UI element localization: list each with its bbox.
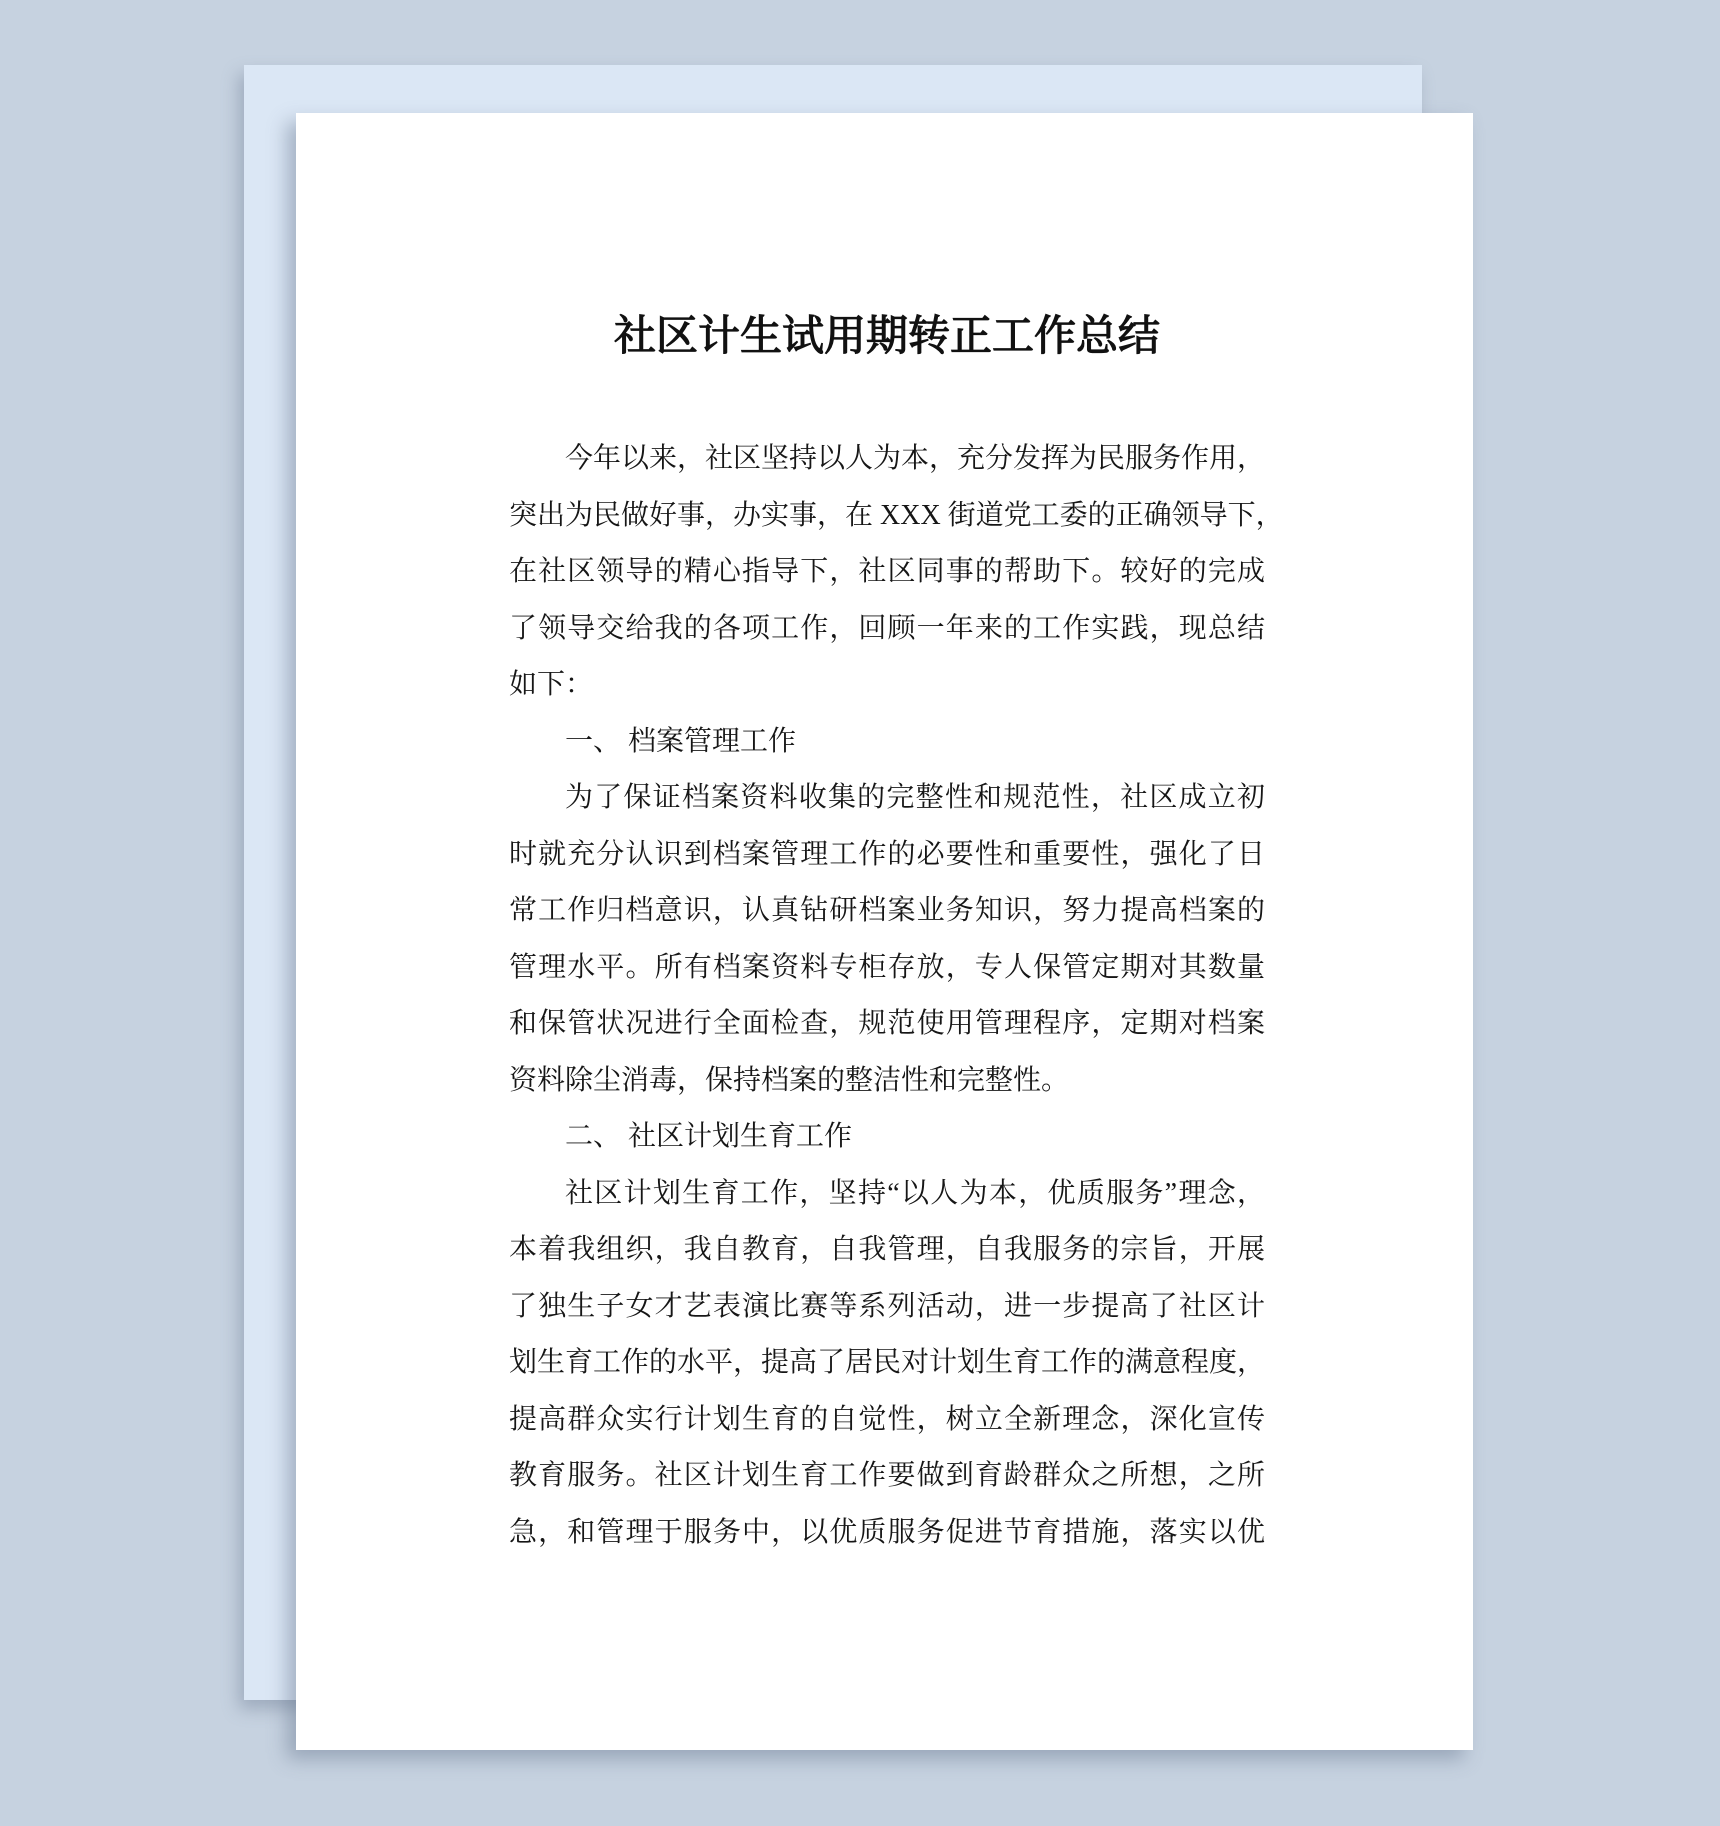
document-text-line: 资料除尘消毒，保持档案的整洁性和完整性。	[509, 1053, 1265, 1110]
document-text-line: 划生育工作的水平，提高了居民对计划生育工作的满意程度，	[509, 1335, 1265, 1392]
document-text-line: 一、 档案管理工作	[509, 714, 1265, 771]
document-page: 社区计生试用期转正工作总结 今年以来，社区坚持以人为本，充分发挥为民服务作用，突…	[296, 113, 1473, 1750]
document-text-line: 管理水平。所有档案资料专柜存放，专人保管定期对其数量	[509, 940, 1265, 997]
document-text-line: 二、 社区计划生育工作	[509, 1109, 1265, 1166]
document-text-line: 了独生子女才艺表演比赛等系列活动，进一步提高了社区计	[509, 1279, 1265, 1336]
document-text-line: 突出为民做好事，办实事，在 XXX 街道党工委的正确领导下，	[509, 488, 1265, 545]
document-text-line: 如下：	[509, 657, 1265, 714]
document-title: 社区计生试用期转正工作总结	[509, 309, 1265, 363]
document-preview: { "colors": { "background": "#c6d2e0", "…	[0, 0, 1720, 1826]
document-text-line: 为了保证档案资料收集的完整性和规范性，社区成立初	[509, 770, 1265, 827]
document-text-line: 急，和管理于服务中，以优质服务促进节育措施，落实以优	[509, 1505, 1265, 1562]
document-text-line: 教育服务。社区计划生育工作要做到育龄群众之所想，之所	[509, 1448, 1265, 1505]
document-text-line: 时就充分认识到档案管理工作的必要性和重要性，强化了日	[509, 827, 1265, 884]
document-text-line: 提高群众实行计划生育的自觉性，树立全新理念，深化宣传	[509, 1392, 1265, 1449]
document-text-line: 社区计划生育工作，坚持“以人为本，优质服务”理念，	[509, 1166, 1265, 1223]
document-text-line: 了领导交给我的各项工作，回顾一年来的工作实践，现总结	[509, 601, 1265, 658]
document-text-line: 常工作归档意识，认真钻研档案业务知识，努力提高档案的	[509, 883, 1265, 940]
document-body: 今年以来，社区坚持以人为本，充分发挥为民服务作用，突出为民做好事，办实事，在 X…	[509, 431, 1265, 1561]
document-text-line: 本着我组织，我自教育，自我管理，自我服务的宗旨，开展	[509, 1222, 1265, 1279]
document-text-line: 今年以来，社区坚持以人为本，充分发挥为民服务作用，	[509, 431, 1265, 488]
document-text-line: 在社区领导的精心指导下，社区同事的帮助下。较好的完成	[509, 544, 1265, 601]
document-text-line: 和保管状况进行全面检查，规范使用管理程序，定期对档案	[509, 996, 1265, 1053]
